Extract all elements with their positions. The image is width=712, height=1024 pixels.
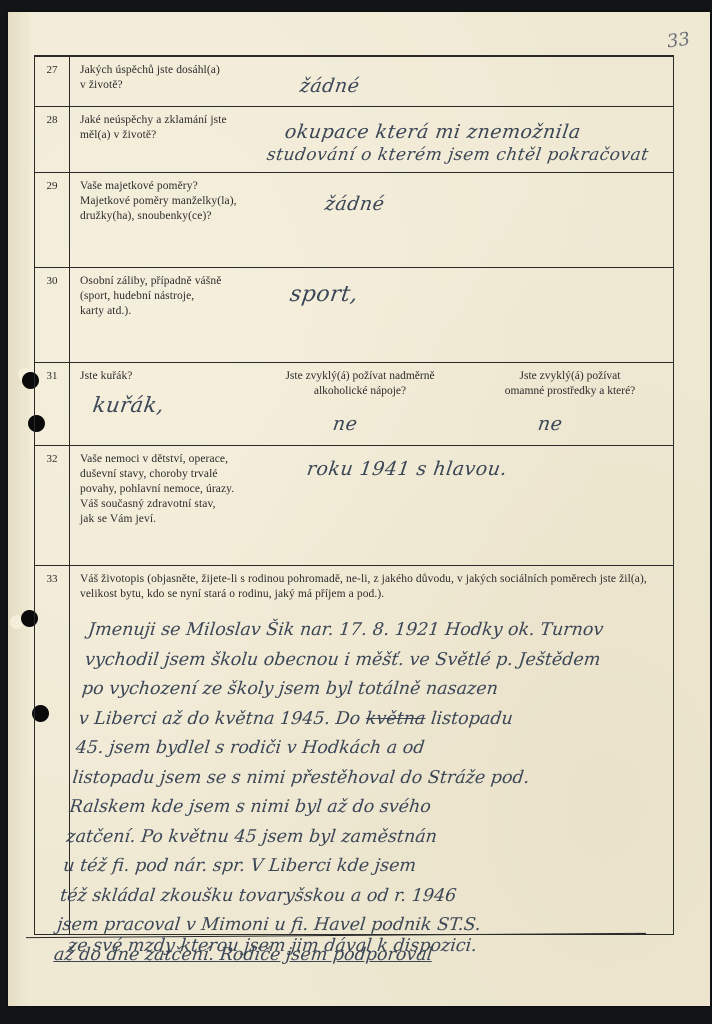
biography-line: Jmenuji se Miloslav Šik nar. 17. 8. 1921…: [87, 616, 710, 646]
question-label: Váš životopis (objasněte, žijete-li s ro…: [80, 572, 660, 602]
row-number: 33: [35, 573, 69, 585]
row-27: 27 Jakých úspěchů jste dosáhl(a) v život…: [35, 57, 673, 107]
question-label: Jaké neúspěchy a zklamání jste měl(a) v …: [80, 113, 280, 143]
row-31: 31 Jste kuřák? kuřák, Jste zvyklý(á) pož…: [35, 363, 673, 446]
row-number: 28: [35, 114, 69, 126]
handwritten-answer-alcohol: ne: [331, 413, 359, 435]
row-30: 30 Osobní záliby, případně vášně (sport,…: [35, 268, 673, 363]
handwritten-answer: sport,: [288, 282, 359, 307]
question-label: Vaše majetkové poměry? Majetkové poměry …: [80, 179, 280, 224]
handwritten-answer-line: okupace která mi znemožnila: [283, 121, 582, 143]
biography-line: Ralskem kde jsem s nimi byl až do svého: [68, 793, 691, 823]
handwritten-answer: kuřák,: [91, 393, 166, 417]
struck-word: května: [365, 709, 427, 729]
handwritten-answer: žádné: [298, 75, 361, 97]
biography-line: též skládal zkoušku tovaryšskou a od r. …: [59, 882, 682, 912]
sub-question-narcotics: Jste zvyklý(á) požívat omamné prostředky…: [470, 369, 670, 399]
row-29: 29 Vaše majetkové poměry? Majetkové pomě…: [35, 173, 673, 268]
row-number: 27: [35, 64, 69, 76]
biography-line: 45. jsem bydlel s rodiči v Hodkách a od: [74, 734, 697, 764]
handwritten-biography: Jmenuji se Miloslav Šik nar. 17. 8. 1921…: [52, 616, 709, 970]
biography-line: po vychození ze školy jsem byl totálně n…: [80, 675, 703, 705]
row-33: 33 Váš životopis (objasněte, žijete-li s…: [35, 566, 673, 934]
question-label: Jakých úspěchů jste dosáhl(a) v životě?: [80, 63, 280, 93]
row-number: 32: [35, 453, 69, 465]
row-28: 28 Jaké neúspěchy a zklamání jste měl(a)…: [35, 107, 673, 173]
handwritten-answer-narcotics: ne: [536, 413, 564, 435]
biography-line: zatčení. Po květnu 45 jsem byl zaměstnán: [65, 823, 688, 853]
folio-number: 33: [666, 29, 692, 53]
handwritten-answer: žádné: [323, 193, 386, 215]
sub-question-alcohol: Jste zvyklý(á) požívat nadměrně alkoholi…: [260, 369, 460, 399]
question-label: Jste kuřák?: [80, 369, 280, 384]
handwritten-answer: roku 1941 s hlavou.: [305, 458, 508, 480]
row-number: 30: [35, 275, 69, 287]
row-number: 31: [35, 370, 69, 382]
question-label: Vaše nemoci v dětství, operace, duševní …: [80, 452, 280, 527]
biography-line: v Liberci až do května 1945. Do května l…: [77, 705, 700, 735]
handwritten-continuation: ze své mzdy kterou jsem jim dával k disp…: [67, 936, 478, 956]
questionnaire-table: 27 Jakých úspěchů jste dosáhl(a) v život…: [34, 55, 674, 935]
row-32: 32 Vaše nemoci v dětství, operace, dušev…: [35, 446, 673, 566]
row-number: 29: [35, 180, 69, 192]
biography-line: vychodil jsem školu obecnou i měšť. ve S…: [83, 646, 706, 676]
biography-line: listopadu jsem se s nimi přestěhoval do …: [71, 764, 694, 794]
biography-line: u též fi. pod nár. spr. V Liberci kde js…: [62, 852, 685, 882]
question-label: Osobní záliby, případně vášně (sport, hu…: [80, 274, 280, 319]
handwritten-answer-line: studování o kterém jsem chtěl pokračovat: [266, 145, 650, 165]
page-margin-shadow: [8, 12, 30, 1006]
